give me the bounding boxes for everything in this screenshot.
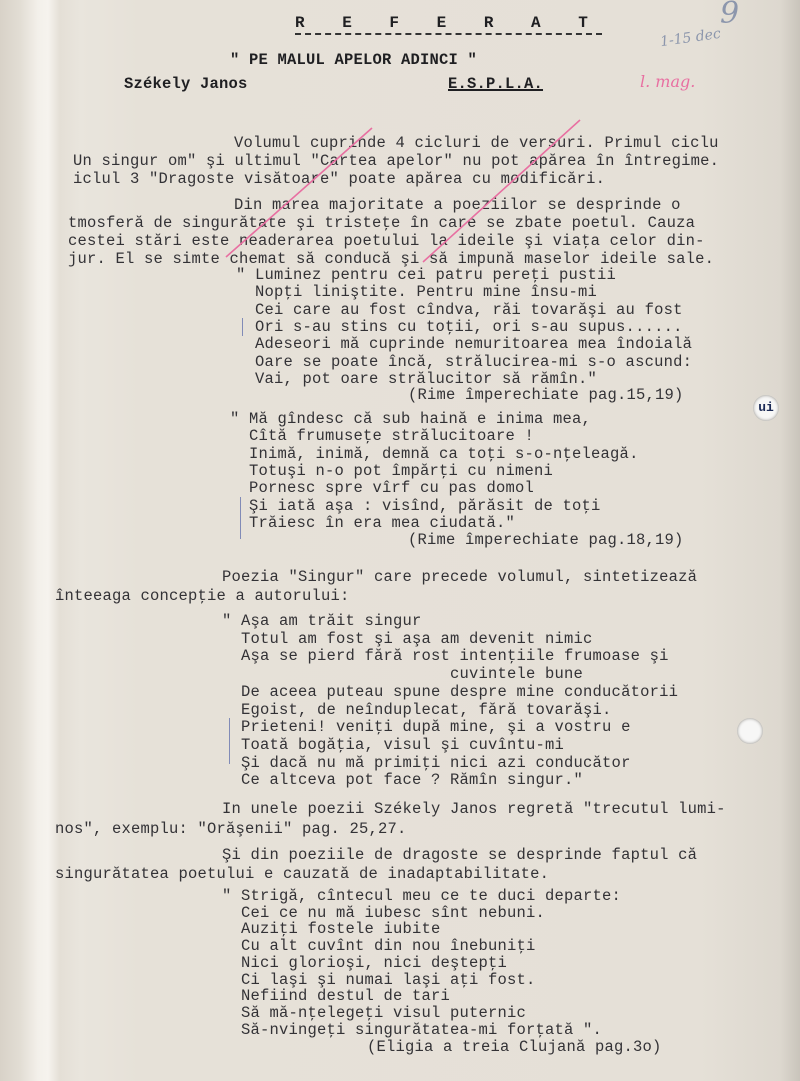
verse-line: Totul am fost şi aşa am devenit nimic xyxy=(222,630,593,648)
punch-hole xyxy=(737,718,763,744)
verse-line: Trăiesc în era mea ciudată." xyxy=(230,514,515,532)
verse-line: Totuşi n-o pot împărţi cu nimeni xyxy=(230,462,553,480)
margin-mark xyxy=(229,718,230,764)
document-page: 9 1-15 dec l. mag. R E F E R A T " PE MA… xyxy=(0,0,800,1081)
verse-line: Cîtă frumuseţe strălucitoare ! xyxy=(230,427,534,445)
verse-line: Ci laşi şi numai laşi aţi fost. xyxy=(222,971,536,989)
quote-source: (Rime împerechiate pag.15,19) xyxy=(408,386,684,404)
margin-mark xyxy=(242,318,243,336)
verse-line: " Aşa am trăit singur xyxy=(222,612,422,630)
verse-line: Să mă-nţelegeţi visul puternic xyxy=(222,1004,526,1022)
verse-line: Nici glorioşi, nici deştepţi xyxy=(222,954,507,972)
verse-line: Nopţi liniştite. Pentru mine însu-mi xyxy=(236,283,597,301)
paragraph-line: singurătatea poetului e cauzată de inada… xyxy=(55,865,549,883)
paragraph-line: Poezia "Singur" care precede volumul, si… xyxy=(222,568,697,586)
verse-line: Auziţi fostele iubite xyxy=(222,920,441,938)
verse-line: Şi iată aşa : visînd, părăsit de toţi xyxy=(230,497,601,515)
publisher-name: E.S.P.L.A. xyxy=(448,75,543,93)
paragraph-line: Şi din poeziile de dragoste se desprinde… xyxy=(222,846,697,864)
paragraph-line: nos", exemplu: "Orăşenii" pag. 25,27. xyxy=(55,820,407,838)
pink-margin-note: l. mag. xyxy=(640,72,695,91)
verse-line: Cei ce nu mă iubesc sînt nebuni. xyxy=(222,904,545,922)
paragraph-line: Un singur om" şi ultimul "Cartea apelor"… xyxy=(73,152,719,170)
verse-line: Oare se poate încă, strălucirea-mi s-o a… xyxy=(236,353,692,371)
book-title: " PE MALUL APELOR ADINCI " xyxy=(230,51,477,69)
paragraph-line: iclul 3 "Dragoste visătoare" poate apăre… xyxy=(73,170,605,188)
verse-line: Să-nvingeţi singurătatea-mi forţată ". xyxy=(222,1021,602,1039)
verse-line: " Luminez pentru cei patru pereţi pustii xyxy=(236,266,616,284)
page-number-annotation: 9 xyxy=(720,0,739,31)
quote-source: (Rime împerechiate pag.18,19) xyxy=(408,531,684,549)
verse-line: " Strigă, cîntecul meu ce te duci depart… xyxy=(222,887,621,905)
verse-line: Şi dacă nu mă primiţi nici azi conducăto… xyxy=(222,754,631,772)
paragraph-line: In unele poezii Székely Janos regretă "t… xyxy=(222,800,726,818)
paragraph-line: Volumul cuprinde 4 cicluri de versuri. P… xyxy=(234,134,719,152)
verse-line: cuvintele bune xyxy=(222,665,583,683)
verse-line: Pornesc spre vîrf cu pas domol xyxy=(230,479,534,497)
paragraph-line: Din marea majoritate a poeziilor se desp… xyxy=(234,196,681,214)
verse-line: Toată bogăţia, visul şi cuvîntu-mi xyxy=(222,736,564,754)
paragraph-line: cestei stări este neaderarea poetului la… xyxy=(68,232,705,250)
verse-line: Inimă, inimă, demnă ca toţi s-o-nţeleagă… xyxy=(230,445,639,463)
verse-line: Adeseori mă cuprinde nemuritoarea mea în… xyxy=(236,335,692,353)
author-name: Székely Janos xyxy=(124,75,248,93)
document-title: R E F E R A T xyxy=(295,14,602,32)
punch-hole: ui xyxy=(753,395,779,421)
verse-line: Prieteni! veniţi după mine, şi a vostru … xyxy=(222,718,631,736)
verse-line: Ce altceva pot face ? Rămîn singur." xyxy=(222,771,583,789)
verse-line: Cu alt cuvînt din nou înebuniţi xyxy=(222,937,536,955)
verse-line: Aşa se pierd fără rost intenţiile frumoa… xyxy=(222,647,669,665)
verse-line: " Mă gîndesc că sub haină e inima mea, xyxy=(230,410,591,428)
quote-source: (Eligia a treia Clujană pag.3o) xyxy=(367,1038,662,1056)
verse-line: Egoist, de neînduplecat, fără tovarăşi. xyxy=(222,701,612,719)
verse-line: De aceea puteau spune despre mine conduc… xyxy=(222,683,678,701)
margin-mark xyxy=(240,497,241,539)
verse-line: Cei care au fost cîndva, răi tovarăşi au… xyxy=(236,301,683,319)
verse-line: Ori s-au stins cu toţii, ori s-au supus.… xyxy=(236,318,683,336)
verse-line: Nefiind destul de tari xyxy=(222,987,450,1005)
paragraph-line: tmosferă de singurătate şi tristeţe în c… xyxy=(68,214,695,232)
paragraph-line: înteeaga concepţie a autorului: xyxy=(55,587,350,605)
pencil-date-note: 1-15 dec xyxy=(659,26,722,50)
